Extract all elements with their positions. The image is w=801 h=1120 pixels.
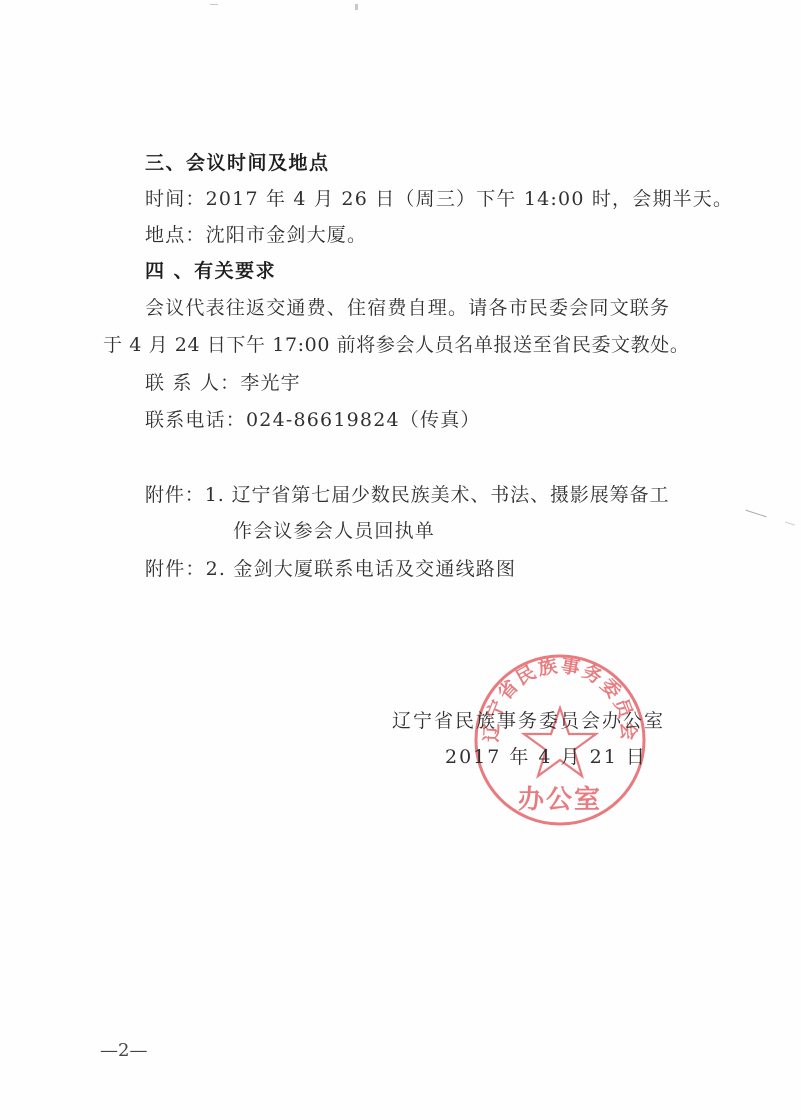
meeting-place: 地点：沈阳市金剑大厦。	[145, 222, 367, 248]
svg-text:办公室: 办公室	[518, 785, 602, 815]
page-number: —2—	[100, 1040, 147, 1061]
requirements-paragraph-line-1: 会议代表往返交通费、住宿费自理。请各市民委会同文联务	[145, 295, 670, 321]
section-3-heading: 三、会议时间及地点	[145, 150, 330, 176]
attachment-1-line-1: 附件：1. 辽宁省第七届少数民族美术、书法、摄影展筹备工	[145, 482, 669, 508]
attachment-1-line-2: 作会议参会人员回执单	[233, 518, 435, 544]
requirements-paragraph-line-2: 于 4 月 24 日下午 17:00 前将参会人员名单报送至省民委文教处。	[103, 332, 689, 358]
contact-person: 联 系 人：李光宇	[145, 370, 301, 396]
scan-artifact	[210, 4, 218, 5]
meeting-time: 时间：2017 年 4 月 26 日（周三）下午 14:00 时，会期半天。	[145, 186, 733, 212]
issue-date: 2017 年 4 月 21 日	[445, 744, 647, 770]
scan-artifact	[745, 510, 766, 518]
section-4-heading: 四 、有关要求	[145, 258, 276, 284]
scan-artifact	[785, 521, 795, 525]
scan-artifact	[355, 4, 358, 10]
official-seal-icon: 辽宁省民族事务委员会 办公室	[470, 650, 650, 830]
document-page: 三、会议时间及地点 时间：2017 年 4 月 26 日（周三）下午 14:00…	[0, 0, 801, 1120]
issuing-organization: 辽宁省民族事务委员会办公室	[392, 708, 665, 734]
attachment-2: 附件：2. 金剑大厦联系电话及交通线路图	[145, 556, 516, 582]
contact-phone: 联系电话：024-86619824（传真）	[145, 407, 481, 433]
